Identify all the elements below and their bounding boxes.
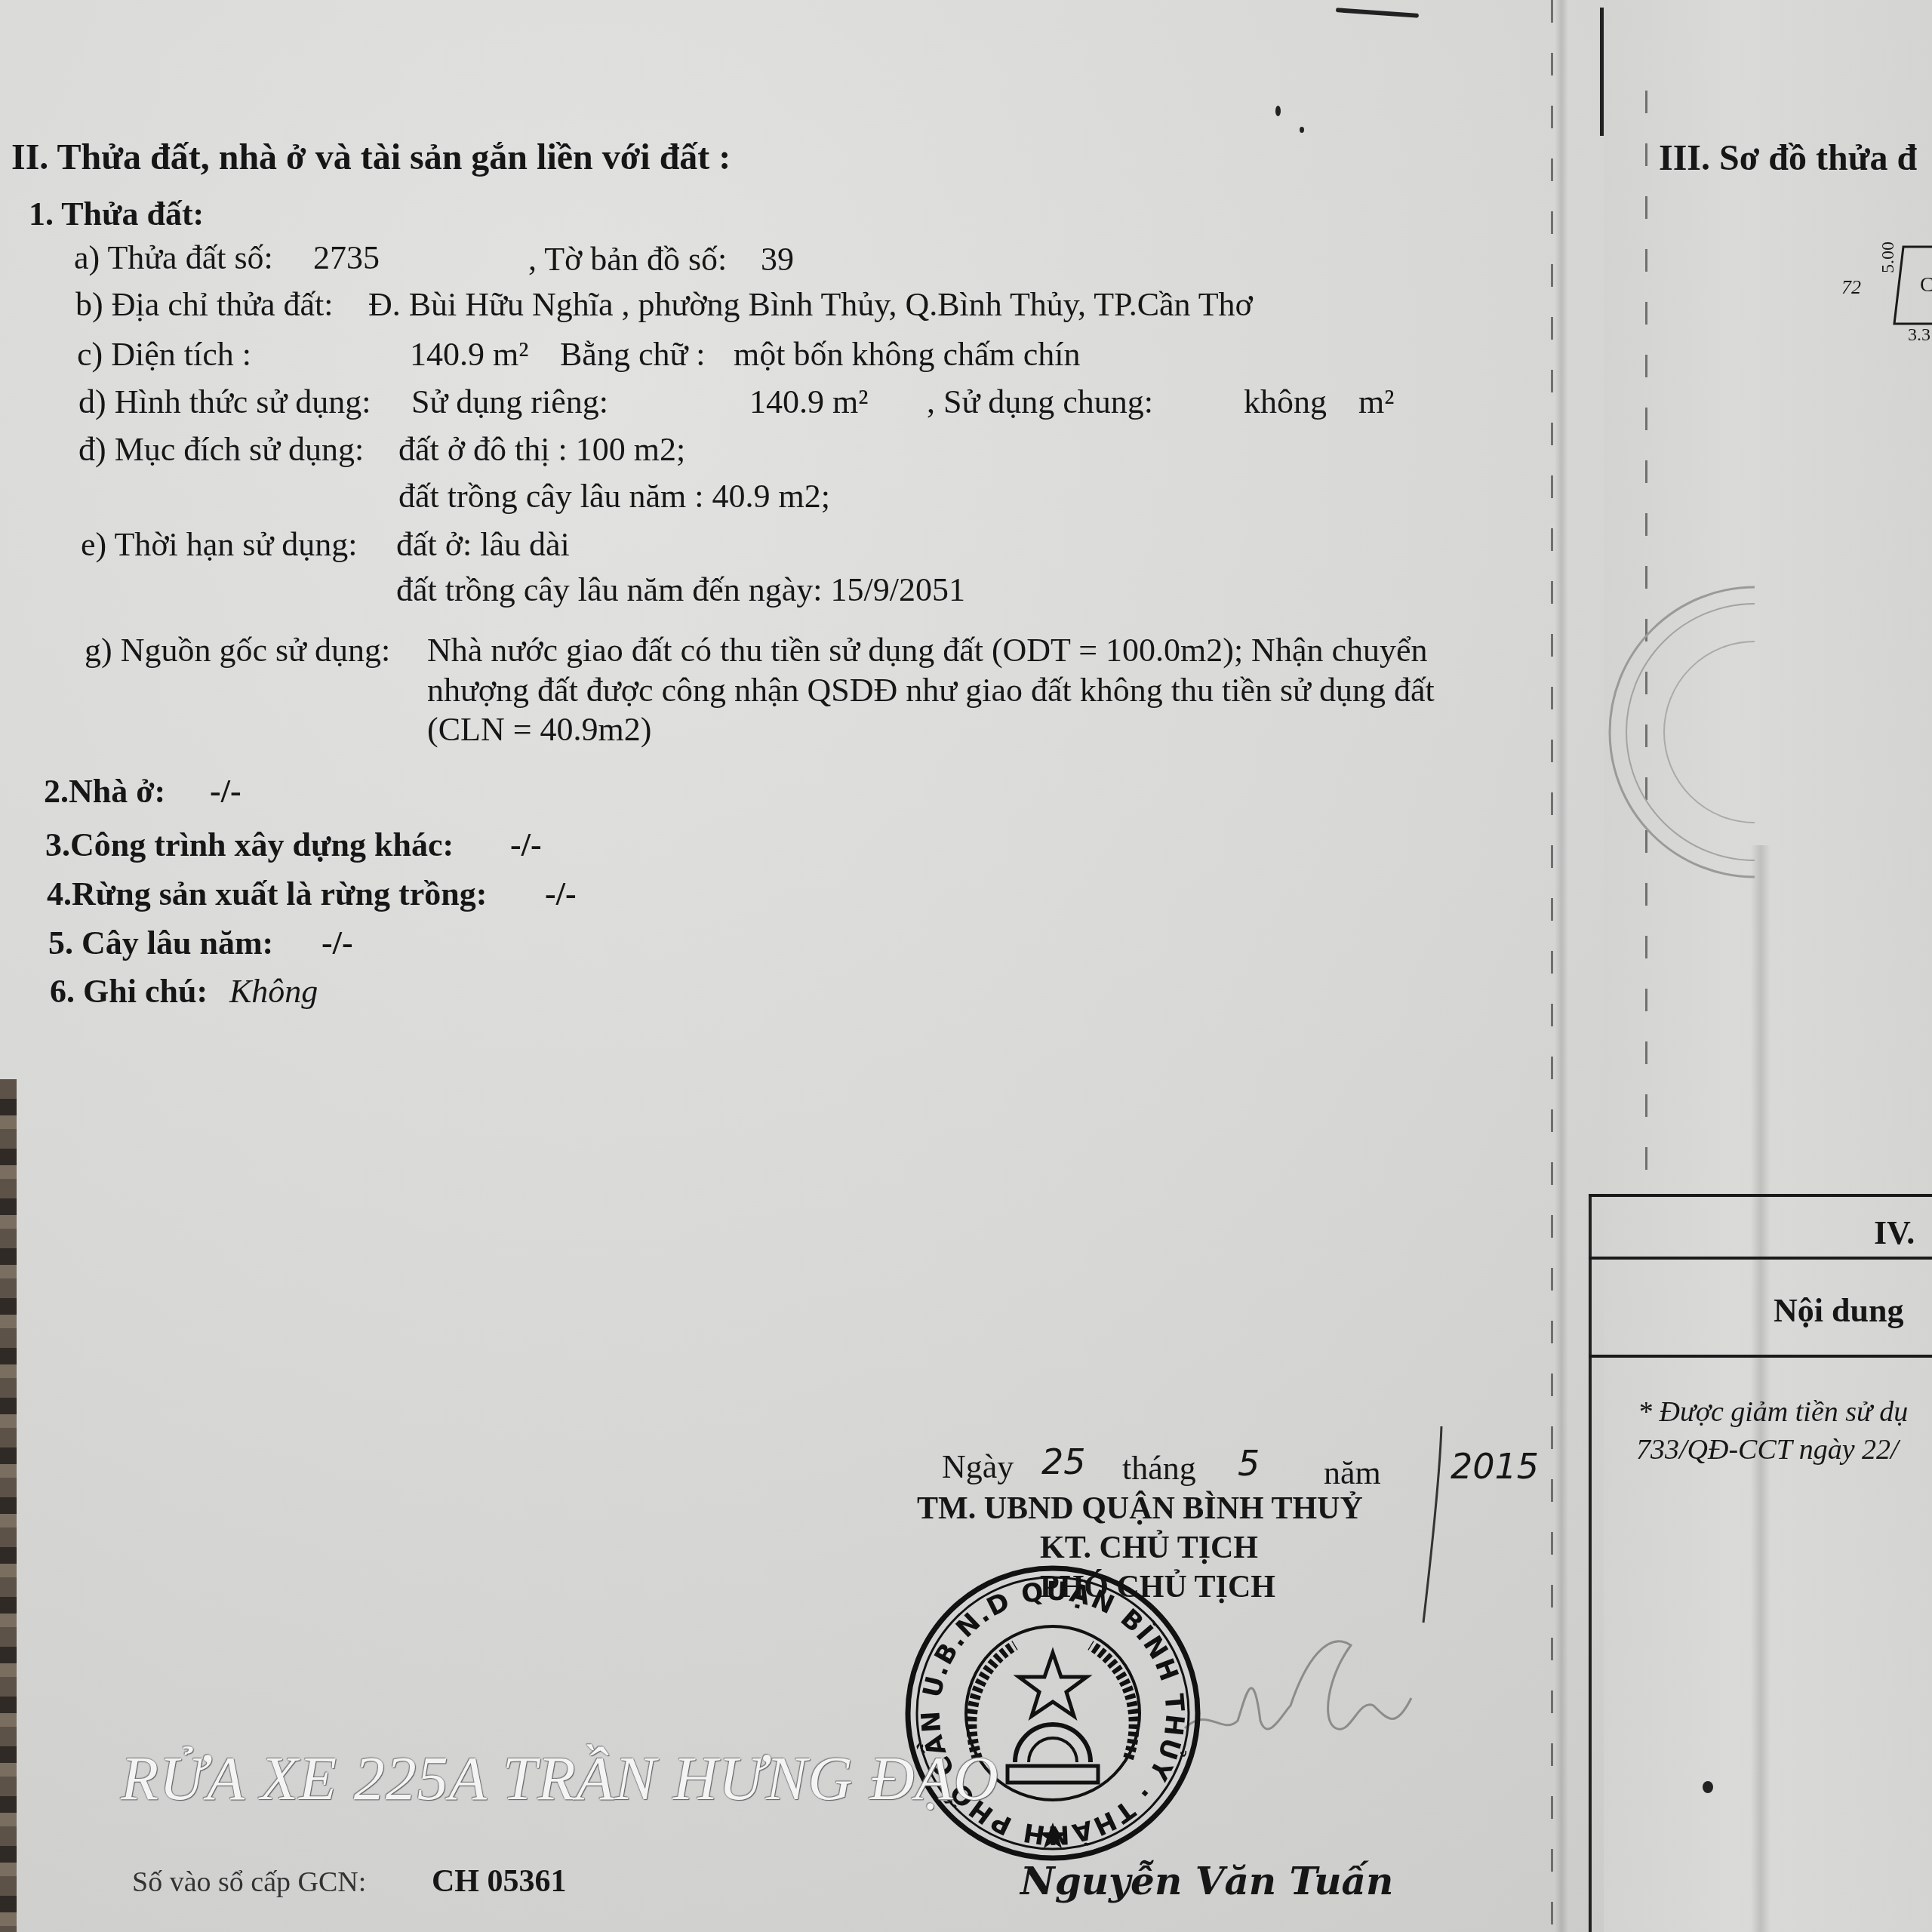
private-use-value: 140.9 m²	[749, 386, 868, 419]
origin-line-1: Nhà nước giao đất có thu tiền sử dụng đấ…	[427, 634, 1427, 667]
table-note-line-1: * Được giảm tiền sử dụ	[1638, 1398, 1908, 1426]
registry-label: Số vào sổ cấp GCN:	[132, 1868, 366, 1897]
area-words-value: một bốn không chấm chín	[734, 338, 1081, 371]
term-line-1: đất ở: lâu dài	[396, 528, 570, 561]
date-day-label: Ngày	[942, 1451, 1014, 1484]
ink-speck	[1300, 127, 1304, 133]
section4-heading: IV.	[1874, 1217, 1915, 1250]
signer-name: Nguyễn Văn Tuấn	[1020, 1863, 1393, 1900]
date-year-value: 2015	[1451, 1449, 1539, 1484]
term-line-2: đất trồng cây lâu năm đến ngày: 15/9/205…	[396, 574, 965, 607]
table-column-header: Nội dung	[1774, 1294, 1903, 1327]
date-month-label: tháng	[1122, 1452, 1196, 1485]
term-label: e) Thời hạn sử dụng:	[81, 528, 357, 561]
date-day-value: 25	[1041, 1444, 1086, 1479]
page-divider	[1600, 8, 1604, 136]
section-heading: II. Thửa đất, nhà ở và tài sản gắn liền …	[11, 140, 731, 176]
origin-line-2: nhượng đất được công nhận QSDĐ như giao …	[427, 674, 1435, 707]
ink-speck	[1275, 106, 1281, 116]
other-construction-label: 3.Công trình xây dựng khác:	[45, 829, 454, 862]
signer-role-1: KT. CHỦ TỊCH	[1040, 1532, 1258, 1564]
common-use-label: , Sử dụng chung:	[927, 386, 1153, 419]
address-value: Đ. Bùi Hữu Nghĩa , phường Bình Thủy, Q.B…	[368, 288, 1253, 321]
perennial-trees-value: -/-	[321, 927, 353, 960]
purpose-line-2: đất trồng cây lâu năm : 40.9 m2;	[398, 480, 830, 513]
origin-line-3: (CLN = 40.9m2)	[427, 713, 651, 746]
watermark-text: RỬA XE 225A TRẦN HƯNG ĐẠO	[121, 1743, 999, 1814]
paper-fold-shadow	[1555, 0, 1568, 1932]
usage-form-label: d) Hình thức sử dụng:	[78, 386, 371, 419]
note-label: 6. Ghi chú:	[50, 975, 208, 1008]
table-row-divider	[1589, 1355, 1932, 1358]
planted-forest-value: -/-	[545, 878, 577, 911]
parcel-number-value: 2735	[313, 241, 380, 275]
diagram-label: 3.3	[1908, 326, 1930, 344]
issuing-authority: TM. UBND QUẬN BÌNH THUỶ	[917, 1493, 1363, 1524]
house-value: -/-	[210, 775, 241, 808]
table-border-top	[1589, 1194, 1932, 1197]
common-use-unit: m²	[1358, 386, 1394, 419]
perennial-trees-label: 5. Cây lâu năm:	[48, 927, 273, 960]
handwritten-signature	[1177, 1615, 1419, 1758]
ink-speck	[1703, 1781, 1713, 1793]
origin-label: g) Nguồn gốc sử dụng:	[85, 634, 390, 667]
date-year-label: năm	[1324, 1457, 1381, 1490]
common-use-value: không	[1244, 386, 1327, 419]
official-seal: U.B.N.D QUẬN BÌNH THỦY · THÀNH PHỐ CẦN T…	[902, 1562, 1204, 1864]
area-label: c) Diện tích :	[77, 338, 251, 371]
diagram-label: 72	[1841, 278, 1861, 297]
table-row-divider	[1589, 1257, 1932, 1260]
house-label: 2.Nhà ở:	[44, 775, 165, 808]
map-sheet-label: , Tờ bản đồ số:	[528, 243, 727, 276]
purpose-label: đ) Mục đích sử dụng:	[78, 433, 364, 466]
parcel-number-label: a) Thửa đất số:	[74, 241, 273, 275]
note-value: Không	[229, 975, 318, 1008]
table-border-left	[1589, 1194, 1592, 1932]
cut-line	[1551, 0, 1553, 1932]
background-surface	[0, 1079, 17, 1932]
paper-fold-shadow	[1751, 845, 1770, 1932]
other-construction-value: -/-	[510, 829, 542, 862]
map-sheet-value: 39	[761, 243, 794, 276]
date-month-value: 5	[1238, 1446, 1260, 1481]
area-value: 140.9 m²	[410, 338, 528, 371]
faded-stamp-impression	[1604, 581, 1755, 883]
pen-stroke	[1419, 1426, 1449, 1623]
area-words-label: Bằng chữ :	[560, 338, 705, 371]
private-use-label: Sử dụng riêng:	[411, 386, 608, 419]
planted-forest-label: 4.Rừng sản xuất là rừng trồng:	[47, 878, 487, 911]
address-label: b) Địa chỉ thửa đất:	[75, 288, 334, 321]
diagram-heading: III. Sơ đồ thửa đ	[1659, 140, 1917, 177]
registry-number: CH 05361	[432, 1866, 567, 1897]
land-heading: 1. Thửa đất:	[29, 198, 204, 231]
table-note-line-2: 733/QĐ-CCT ngày 22/	[1636, 1435, 1899, 1464]
purpose-line-1: đất ở đô thị : 100 m2;	[398, 433, 685, 466]
parcel-diagram	[1887, 245, 1932, 328]
